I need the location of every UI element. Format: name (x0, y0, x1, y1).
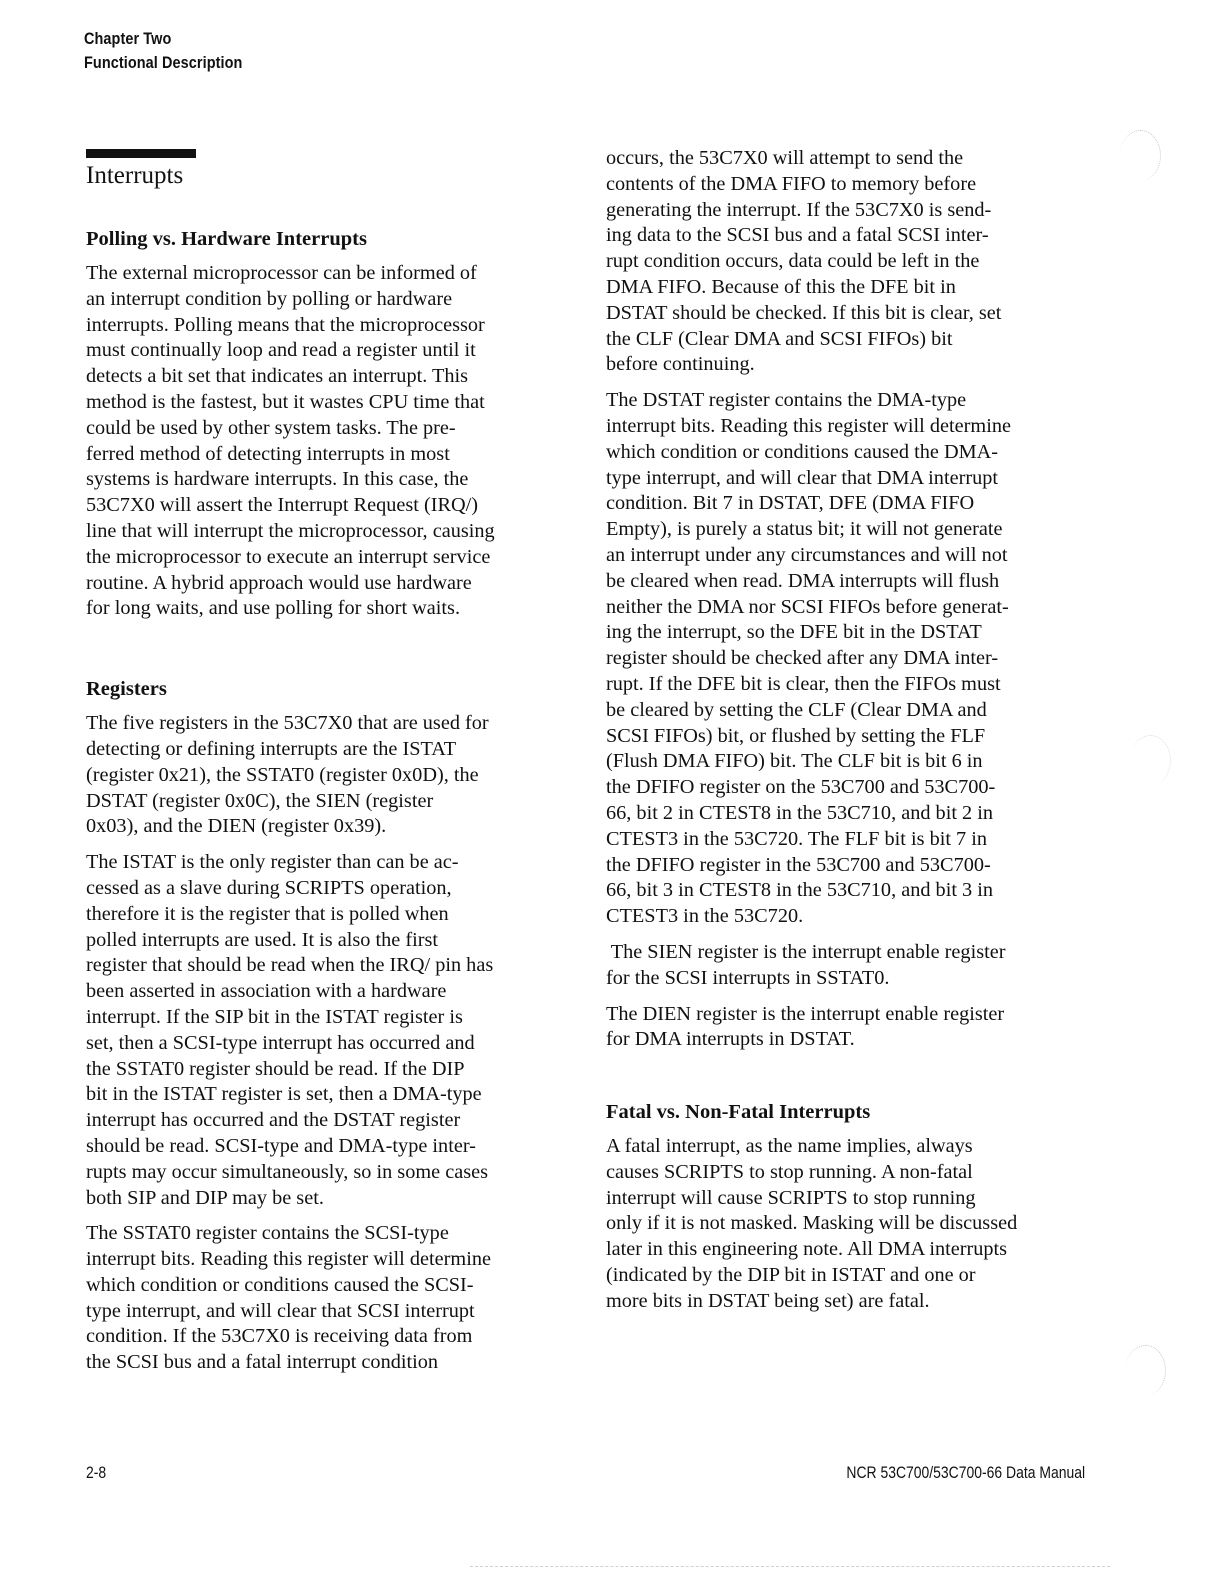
text-line: (Flush DMA FIFO) bit. The CLF bit is bit… (606, 749, 1096, 775)
scan-artifact (1130, 735, 1171, 786)
text-line: an interrupt condition by polling or har… (86, 287, 576, 313)
text-line: 66, bit 3 in CTEST8 in the 53C710, and b… (606, 878, 1096, 904)
right-column: occurs, the 53C7X0 will attempt to send … (606, 146, 1096, 1325)
text-line: for DMA interrupts in DSTAT. (606, 1027, 1096, 1053)
heading-fatal: Fatal vs. Non-Fatal Interrupts (606, 1099, 1096, 1125)
paragraph-polling: The external microprocessor can be infor… (86, 261, 576, 622)
text-line: more bits in DSTAT being set) are fatal. (606, 1289, 1096, 1315)
text-line: The five registers in the 53C7X0 that ar… (86, 711, 576, 737)
text-line: for the SCSI interrupts in SSTAT0. (606, 966, 1096, 992)
text-line: which condition or conditions caused the… (606, 440, 1096, 466)
text-line: register should be checked after any DMA… (606, 646, 1096, 672)
text-line: rupt. If the DFE bit is clear, then the … (606, 672, 1096, 698)
text-line: interrupt will cause SCRIPTS to stop run… (606, 1186, 1096, 1212)
text-line: type interrupt, and will clear that SCSI… (86, 1299, 576, 1325)
heading-polling: Polling vs. Hardware Interrupts (86, 226, 576, 252)
text-line: routine. A hybrid approach would use har… (86, 571, 576, 597)
paragraph-registers-3: The SSTAT0 register contains the SCSI-ty… (86, 1221, 576, 1376)
text-line: interrupt has occurred and the DSTAT reg… (86, 1108, 576, 1134)
paragraph-registers-1: The five registers in the 53C7X0 that ar… (86, 711, 576, 840)
text-line: interrupt. If the SIP bit in the ISTAT r… (86, 1005, 576, 1031)
text-line: for long waits, and use polling for shor… (86, 596, 576, 622)
scan-artifact (1120, 130, 1161, 181)
left-column: Polling vs. Hardware Interrupts The exte… (86, 226, 576, 1386)
text-line: causes SCRIPTS to stop running. A non-fa… (606, 1160, 1096, 1186)
text-line: the microprocessor to execute an interru… (86, 545, 576, 571)
paragraph-registers-2: The ISTAT is the only register than can … (86, 850, 576, 1211)
paragraph-sien: The SIEN register is the interrupt enabl… (606, 940, 1096, 992)
text-line: ing the interrupt, so the DFE bit in the… (606, 620, 1096, 646)
heading-registers: Registers (86, 676, 576, 702)
running-header: Chapter Two Functional Description (84, 27, 242, 75)
section-label: Functional Description (84, 51, 242, 75)
text-line: could be used by other system tasks. The… (86, 416, 576, 442)
text-line: The DSTAT register contains the DMA-type (606, 388, 1096, 414)
text-line: the CLF (Clear DMA and SCSI FIFOs) bit (606, 327, 1096, 353)
text-line: 0x03), and the DIEN (register 0x39). (86, 814, 576, 840)
text-line: (indicated by the DIP bit in ISTAT and o… (606, 1263, 1096, 1289)
section-rule (86, 149, 196, 158)
text-line: The SIEN register is the interrupt enabl… (606, 940, 1096, 966)
text-line: rupt condition occurs, data could be lef… (606, 249, 1096, 275)
text-line: CTEST3 in the 53C720. (606, 904, 1096, 930)
scan-artifact (470, 1566, 1110, 1568)
text-line: before continuing. (606, 352, 1096, 378)
text-line: the SSTAT0 register should be read. If t… (86, 1057, 576, 1083)
text-line: DMA FIFO. Because of this the DFE bit in (606, 275, 1096, 301)
text-line: ing data to the SCSI bus and a fatal SCS… (606, 223, 1096, 249)
text-line: been asserted in association with a hard… (86, 979, 576, 1005)
text-line: rupts may occur simultaneously, so in so… (86, 1160, 576, 1186)
text-line: generating the interrupt. If the 53C7X0 … (606, 198, 1096, 224)
text-line: neither the DMA nor SCSI FIFOs before ge… (606, 595, 1096, 621)
text-line: The DIEN register is the interrupt enabl… (606, 1002, 1096, 1028)
text-line: the DFIFO register in the 53C700 and 53C… (606, 853, 1096, 879)
text-line: A fatal interrupt, as the name implies, … (606, 1134, 1096, 1160)
text-line: SCSI FIFOs) bit, or flushed by setting t… (606, 724, 1096, 750)
text-line: set, then a SCSI-type interrupt has occu… (86, 1031, 576, 1057)
paragraph-fatal: A fatal interrupt, as the name implies, … (606, 1134, 1096, 1315)
text-line: the SCSI bus and a fatal interrupt condi… (86, 1350, 576, 1376)
text-line: ferred method of detecting interrupts in… (86, 442, 576, 468)
paragraph-continuation: occurs, the 53C7X0 will attempt to send … (606, 146, 1096, 378)
text-line: should be read. SCSI-type and DMA-type i… (86, 1134, 576, 1160)
text-line: must continually loop and read a registe… (86, 338, 576, 364)
text-line: be cleared by setting the CLF (Clear DMA… (606, 698, 1096, 724)
text-line: DSTAT should be checked. If this bit is … (606, 301, 1096, 327)
text-line: both SIP and DIP may be set. (86, 1186, 576, 1212)
text-line: therefore it is the register that is pol… (86, 902, 576, 928)
text-line: interrupt bits. Reading this register wi… (606, 414, 1096, 440)
text-line: (register 0x21), the SSTAT0 (register 0x… (86, 763, 576, 789)
text-line: register that should be read when the IR… (86, 953, 576, 979)
manual-title: NCR 53C700/53C700-66 Data Manual (846, 1462, 1085, 1484)
text-line: line that will interrupt the microproces… (86, 519, 576, 545)
text-line: systems is hardware interrupts. In this … (86, 467, 576, 493)
page-number: 2-8 (86, 1462, 106, 1484)
text-line: DSTAT (register 0x0C), the SIEN (registe… (86, 789, 576, 815)
text-line: detecting or defining interrupts are the… (86, 737, 576, 763)
text-line: the DFIFO register on the 53C700 and 53C… (606, 775, 1096, 801)
text-line: an interrupt under any circumstances and… (606, 543, 1096, 569)
text-line: type interrupt, and will clear that DMA … (606, 466, 1096, 492)
chapter-label: Chapter Two (84, 27, 242, 51)
text-line: method is the fastest, but it wastes CPU… (86, 390, 576, 416)
text-line: The external microprocessor can be infor… (86, 261, 576, 287)
text-line: condition. If the 53C7X0 is receiving da… (86, 1324, 576, 1350)
text-line: CTEST3 in the 53C720. The FLF bit is bit… (606, 827, 1096, 853)
text-line: only if it is not masked. Masking will b… (606, 1211, 1096, 1237)
text-line: polled interrupts are used. It is also t… (86, 928, 576, 954)
text-line: The ISTAT is the only register than can … (86, 850, 576, 876)
text-line: occurs, the 53C7X0 will attempt to send … (606, 146, 1096, 172)
text-line: bit in the ISTAT register is set, then a… (86, 1082, 576, 1108)
text-line: interrupt bits. Reading this register wi… (86, 1247, 576, 1273)
text-line: detects a bit set that indicates an inte… (86, 364, 576, 390)
section-title: Interrupts (86, 160, 183, 192)
text-line: 66, bit 2 in CTEST8 in the 53C710, and b… (606, 801, 1096, 827)
text-line: condition. Bit 7 in DSTAT, DFE (DMA FIFO (606, 491, 1096, 517)
scan-artifact (1125, 1345, 1166, 1396)
text-line: be cleared when read. DMA interrupts wil… (606, 569, 1096, 595)
text-line: which condition or conditions caused the… (86, 1273, 576, 1299)
text-line: Empty), is purely a status bit; it will … (606, 517, 1096, 543)
paragraph-dien: The DIEN register is the interrupt enabl… (606, 1002, 1096, 1054)
text-line: contents of the DMA FIFO to memory befor… (606, 172, 1096, 198)
text-line: later in this engineering note. All DMA … (606, 1237, 1096, 1263)
text-line: cessed as a slave during SCRIPTS operati… (86, 876, 576, 902)
paragraph-dstat: The DSTAT register contains the DMA-type… (606, 388, 1096, 930)
text-line: 53C7X0 will assert the Interrupt Request… (86, 493, 576, 519)
text-line: interrupts. Polling means that the micro… (86, 313, 576, 339)
text-line: The SSTAT0 register contains the SCSI-ty… (86, 1221, 576, 1247)
